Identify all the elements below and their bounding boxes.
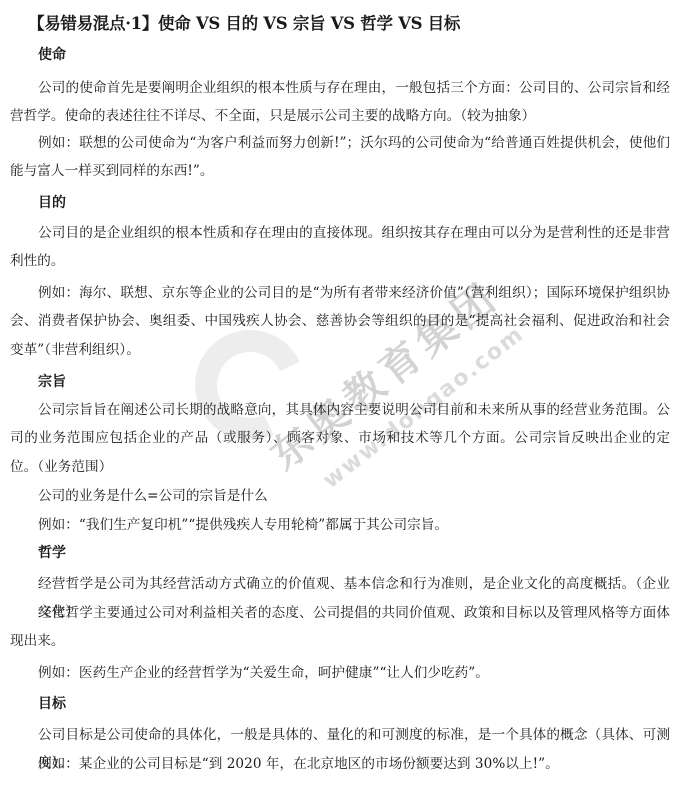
section-heading-purpose: 目的 — [38, 192, 66, 212]
paragraph-philosophy-example: 例如：医药生产企业的经营哲学为“关爱生命，呵护健康”“让人们少吃药”。 — [38, 659, 670, 687]
paragraph-mission-statement-definition: 公司宗旨旨在阐述公司长期的战略意向，其具体内容主要说明公司目前和未来所从事的经营… — [10, 396, 670, 481]
document-page: 东奥教育集团 www.dongao.com 【易错易混点·1】使命 VS 目的 … — [0, 0, 674, 785]
paragraph-objectives-example: 例如：某企业的公司目标是“到 2020 年，在北京地区的市场份额要达到 30%以… — [38, 750, 670, 778]
section-heading-objectives: 目标 — [38, 693, 66, 713]
paragraph-mission-statement-example: 例如：“我们生产复印机”“提供残疾人专用轮椅”都属于其公司宗旨。 — [38, 511, 670, 539]
section-heading-mission-statement: 宗旨 — [38, 371, 66, 391]
paragraph-mission-example: 例如：联想的公司使命为“为客户利益而努力创新!”；沃尔玛的公司使命为“给普通百姓… — [10, 129, 670, 186]
paragraph-mission-definition: 公司的使命首先是要阐明企业组织的根本性质与存在理由，一般包括三个方面：公司目的、… — [10, 74, 670, 131]
document-title: 【易错易混点·1】使命 VS 目的 VS 宗旨 VS 哲学 VS 目标 — [28, 10, 460, 34]
paragraph-mission-statement-equation: 公司的业务是什么=公司的宗旨是什么 — [38, 482, 670, 510]
paragraph-purpose-definition: 公司目的是企业组织的根本性质和存在理由的直接体现。组织按其存在理由可以分为是营利… — [10, 219, 670, 276]
paragraph-purpose-example: 例如：海尔、联想、京东等企业的公司目的是“为所有者带来经济价值”（营利组织）；国… — [10, 279, 670, 364]
paragraph-philosophy-expression: 经营哲学主要通过公司对利益相关者的态度、公司提倡的共同价值观、政策和目标以及管理… — [10, 599, 670, 656]
section-heading-mission: 使命 — [38, 44, 66, 64]
section-heading-philosophy: 哲学 — [38, 542, 66, 562]
